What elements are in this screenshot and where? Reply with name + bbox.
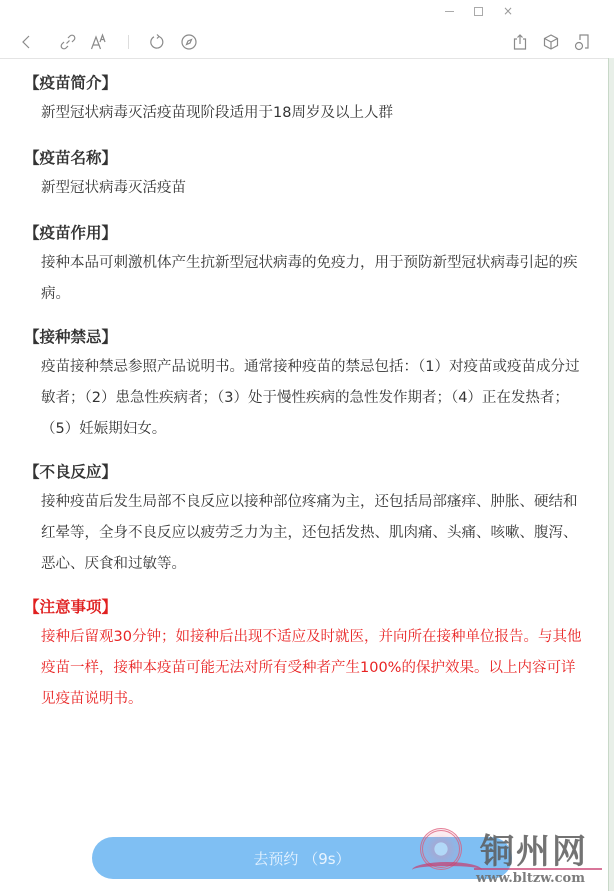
section-contraindications: 【接种禁忌】 疫苗接种禁忌参照产品说明书。通常接种疫苗的禁忌包括：（1）对疫苗或…: [24, 324, 600, 445]
section-title: 【疫苗简介】: [24, 70, 600, 96]
section-title: 【注意事项】: [24, 594, 600, 620]
section-title: 【疫苗名称】: [24, 145, 600, 171]
share-icon[interactable]: [509, 31, 531, 53]
section-title: 【不良反应】: [24, 459, 600, 485]
window-titlebar: ×: [0, 0, 614, 24]
back-icon[interactable]: [16, 31, 38, 53]
refresh-icon[interactable]: [146, 31, 168, 53]
section-title: 【疫苗作用】: [24, 220, 600, 246]
compass-icon[interactable]: [178, 31, 200, 53]
font-size-icon[interactable]: [88, 31, 110, 53]
close-button[interactable]: ×: [500, 3, 516, 19]
section-effect: 【疫苗作用】 接种本品可刺激机体产生抗新型冠状病毒的免疫力，用于预防新型冠状病毒…: [24, 220, 600, 310]
section-body: 接种后留观30分钟；如接种后出现不适应及时就医，并向所在接种单位报告。与其他疫苗…: [24, 622, 584, 715]
link-icon[interactable]: [57, 31, 79, 53]
section-body: 新型冠状病毒灭活疫苗: [24, 173, 584, 204]
section-name: 【疫苗名称】 新型冠状病毒灭活疫苗: [24, 145, 600, 204]
maximize-button[interactable]: [470, 3, 486, 19]
section-body: 接种疫苗后发生局部不良反应以接种部位疼痛为主，还包括局部瘙痒、肿胀、硬结和红晕等…: [24, 487, 584, 580]
section-adverse-reactions: 【不良反应】 接种疫苗后发生局部不良反应以接种部位疼痛为主，还包括局部瘙痒、肿胀…: [24, 459, 600, 580]
window-edge: [608, 58, 614, 891]
section-body: 接种本品可刺激机体产生抗新型冠状病毒的免疫力，用于预防新型冠状病毒引起的疾病。: [24, 248, 584, 310]
vaccine-info-content: 【疫苗简介】 新型冠状病毒灭活疫苗现阶段适用于18周岁及以上人群 【疫苗名称】 …: [0, 60, 600, 715]
section-title: 【接种禁忌】: [24, 324, 600, 350]
minimize-button[interactable]: [441, 3, 457, 19]
section-precautions: 【注意事项】 接种后留观30分钟；如接种后出现不适应及时就医，并向所在接种单位报…: [24, 594, 600, 715]
section-intro: 【疫苗简介】 新型冠状病毒灭活疫苗现阶段适用于18周岁及以上人群: [24, 70, 600, 129]
section-body: 疫苗接种禁忌参照产品说明书。通常接种疫苗的禁忌包括：（1）对疫苗或疫苗成分过敏者…: [24, 352, 584, 445]
browser-toolbar: [0, 26, 614, 59]
more-window-icon[interactable]: [571, 31, 593, 53]
section-body: 新型冠状病毒灭活疫苗现阶段适用于18周岁及以上人群: [24, 98, 584, 129]
toolbar-divider: [128, 35, 129, 49]
cube-icon[interactable]: [540, 31, 562, 53]
reserve-button[interactable]: 去预约 （9s）: [92, 837, 512, 879]
